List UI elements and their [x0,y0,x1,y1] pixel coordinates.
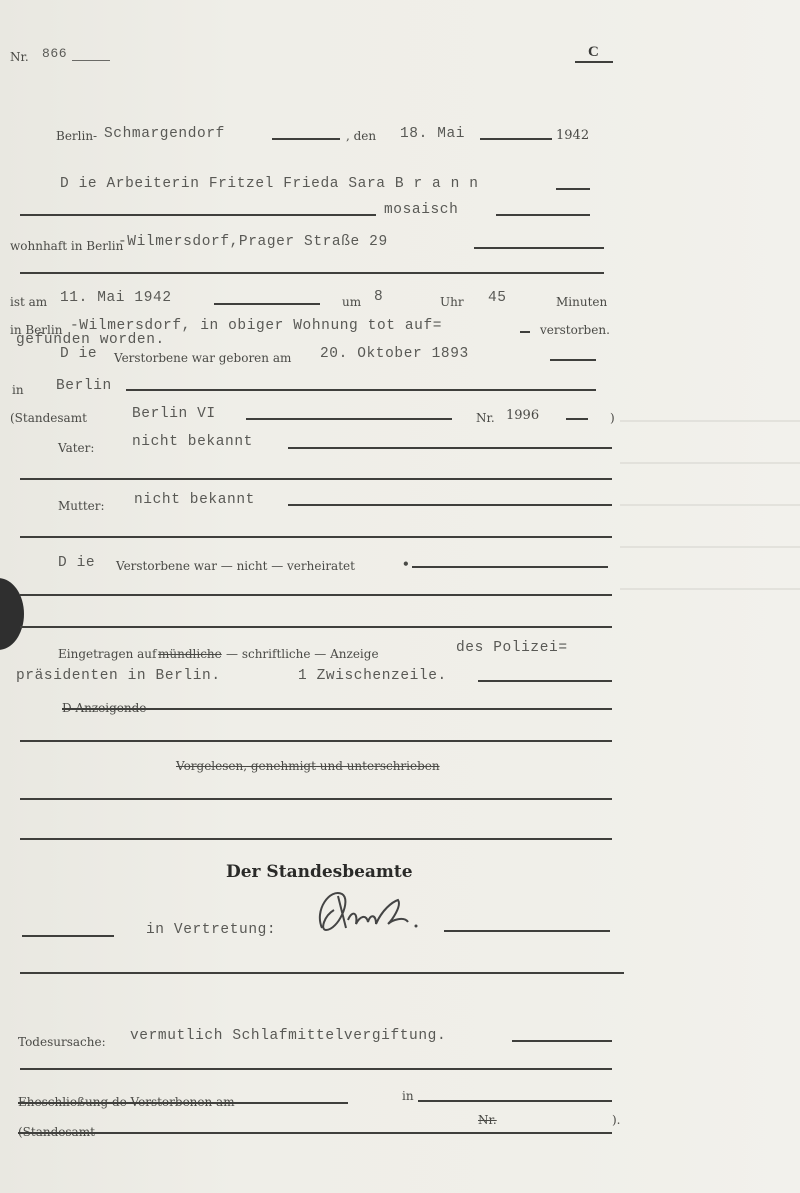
rule [272,138,340,140]
minutes-label: Minuten [556,294,607,310]
rule [20,972,624,974]
rule [512,1040,612,1042]
rule [20,1068,612,1070]
rule [62,708,612,710]
date-label: , den [346,128,376,144]
rule [496,214,590,216]
record-number-label: Nr. [10,49,29,65]
time-minutes: 45 [488,290,507,306]
registry-value: Berlin VI [132,406,216,422]
marital-text: Verstorbene war — nicht — verheiratet [116,558,355,574]
rule [288,447,612,449]
interline-note: 1 Zwischenzeile. [298,668,447,684]
date-value: 18. Mai [400,126,465,142]
entered-value: des Polizei= [456,640,568,656]
rule [18,1132,612,1134]
entered-rest: — schriftliche — Anzeige [226,646,379,662]
year: 1942 [556,128,589,144]
residence-label: wohnhaft in Berlin [10,238,123,254]
rule [20,798,612,800]
read-approved-struck: Vorgelesen, genehmigt und unterschrieben [176,758,440,774]
rule [556,188,590,190]
rule [520,331,530,333]
rule [566,418,588,420]
rule [20,214,376,216]
born-label: Verstorbene war geboren am [114,350,291,366]
marriage-nr-struck: Nr. [478,1112,497,1128]
father-value: nicht bekannt [132,434,253,450]
rule [575,61,613,63]
mother-value: nicht bekannt [134,492,255,508]
rule [474,247,604,249]
rule [412,566,608,568]
decedent-name: D ie Arbeiterin Fritzel Frieda Sara B r … [60,176,479,192]
cause-value: vermutlich Schlafmittelvergiftung. [130,1028,446,1044]
born-in-value: Berlin [56,378,112,394]
entered-label: Eingetragen auf [58,646,156,662]
deputy-label: in Vertretung: [146,922,276,938]
place-value: Schmargendorf [104,126,225,142]
rule [550,359,596,361]
place-label: Berlin- [56,128,97,144]
rule [72,60,110,61]
record-number: 866 [42,46,67,62]
born-value: 20. Oktober 1893 [320,346,469,362]
rule [418,1100,612,1102]
mother-label: Mutter: [58,498,105,514]
time-hour: 8 [374,289,383,305]
marriage-in-label: in [402,1088,414,1104]
father-label: Vater: [58,440,94,456]
rule [20,478,612,480]
rule [126,389,596,391]
marital-prefix: D ie [58,555,95,571]
died-on-value: 11. Mai 1942 [60,290,172,306]
official-heading: Der Standesbeamte [226,864,413,880]
series-letter: C [588,44,599,60]
bleed-through-lines [620,380,800,800]
died-on-label: ist am [10,294,47,310]
entered-struck: mündliche [158,646,222,662]
born-in-label: in [12,382,24,398]
cause-label: Todesursache: [18,1034,106,1050]
born-prefix: D ie [60,346,97,362]
marriage-close: ). [612,1112,621,1128]
signature [312,880,452,940]
rule [444,930,610,932]
rule [20,740,612,742]
time-uhr-label: Uhr [440,294,464,310]
rule [22,935,114,937]
rule [246,418,452,420]
residence-value: -Wilmersdorf,Prager Straße 29 [118,234,388,250]
rule [480,138,552,140]
rule [214,303,320,305]
died-suffix: verstorben. [540,322,610,338]
rule [18,1102,348,1104]
rule [288,504,612,506]
marital-dot: • [402,556,410,572]
rule [20,272,604,274]
rule [20,536,612,538]
rule [20,838,612,840]
time-um-label: um [342,294,361,310]
registry-close: ) [610,410,615,426]
registry-label: (Standesamt [10,410,87,426]
entered-value-cont: präsidenten in Berlin. [16,668,221,684]
rule [20,626,612,628]
registry-nr-label: Nr. [476,410,495,426]
registry-nr-value: 1996 [506,408,539,424]
religion: mosaisch [384,202,458,218]
rule [478,680,612,682]
rule [20,594,612,596]
